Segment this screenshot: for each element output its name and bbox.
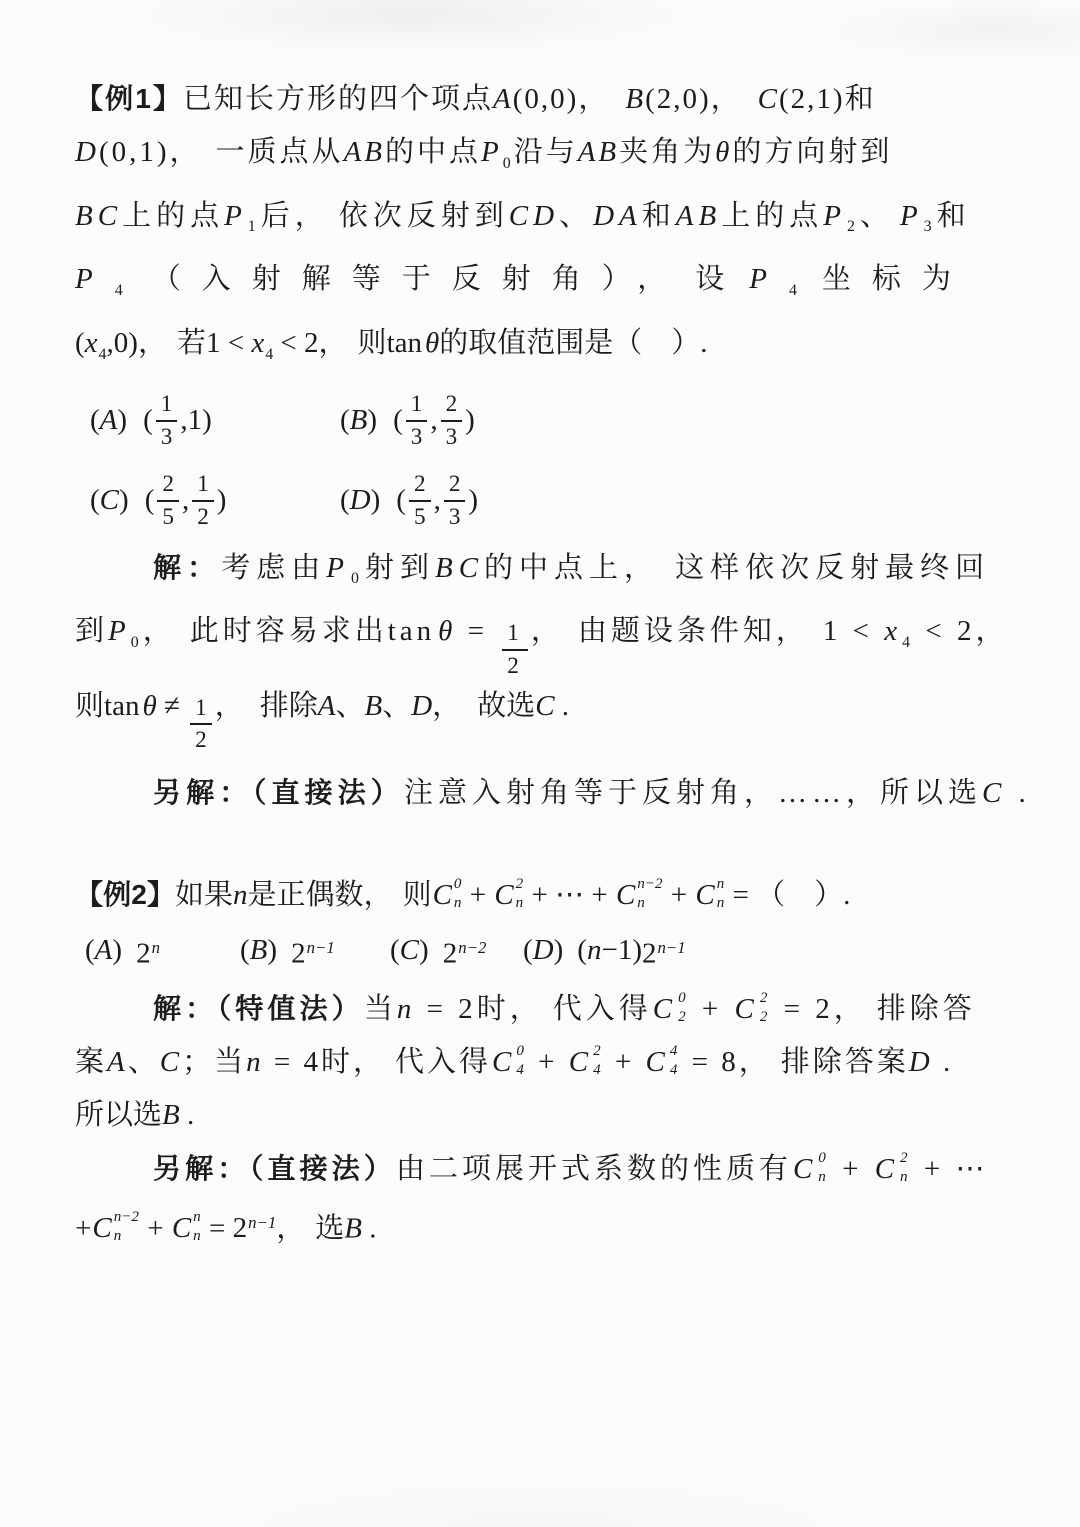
spacer <box>543 1017 553 1018</box>
binomial-coefficient: C22 <box>734 983 771 1036</box>
binomial-coefficient: C04 <box>492 1036 527 1089</box>
text-run: 当 <box>364 993 397 1025</box>
fraction: 13 <box>406 391 428 450</box>
text-run: A <box>493 83 513 115</box>
bold-label: 【例1】 <box>75 83 183 114</box>
example1-solution-line-2: 到P0，此时容易求出tanθ = 12，由题设条件知，1 < x4 < 2， <box>75 605 1018 679</box>
option-cell: (C)2n−2 <box>390 921 523 980</box>
spacer <box>348 351 358 352</box>
text-run: ) <box>267 924 277 977</box>
text-run: D <box>411 690 432 722</box>
bold-label: 另解：（直接法） <box>153 777 404 808</box>
document-content: 【例1】已知长方形的四个项点A(0,0)，B(2,0)，C(2,1)和D(0,1… <box>75 72 1018 1255</box>
text-run: B <box>625 83 645 115</box>
spacer <box>167 351 177 352</box>
spacer <box>305 1236 315 1237</box>
text-run: 案 <box>75 1046 107 1078</box>
text-run: −1) <box>601 924 642 977</box>
fraction: 25 <box>157 471 179 530</box>
text-run: C <box>982 777 1006 809</box>
text-run: 设 <box>695 263 745 295</box>
text-run: ) <box>468 474 478 527</box>
text-run: 、 <box>335 690 364 722</box>
example1-options-row-2: (C)(25,12)(D)(25,23) <box>75 461 1018 541</box>
text-run: (2,1) <box>779 83 845 115</box>
text-run: 排除答案 <box>781 1046 909 1078</box>
spacer <box>742 107 758 108</box>
text-run: A <box>107 1046 128 1078</box>
text-run: = 2 <box>415 993 476 1025</box>
math-superscript: 2n <box>136 921 160 980</box>
binomial-coefficient: Cn−2n <box>92 1202 139 1255</box>
spacer <box>867 1017 877 1018</box>
text-run: ， <box>276 1212 305 1244</box>
option-cell: (A)2n <box>85 921 240 980</box>
text-run: ) <box>112 924 122 977</box>
spacer <box>122 950 136 951</box>
text-run: n <box>246 1046 264 1078</box>
text-run: C <box>400 924 419 977</box>
text-run: B <box>344 1212 362 1244</box>
example2-solution-line-3: 所以选B . <box>75 1089 1018 1142</box>
text-run: 和 <box>642 200 676 232</box>
text-run: 和 <box>845 83 876 115</box>
text-run: 和 <box>937 200 971 232</box>
spacer <box>609 107 625 108</box>
text-run: ( <box>85 924 95 977</box>
text-run: 坐标为 <box>822 263 972 295</box>
binomial-coefficient: C0n <box>433 869 462 922</box>
text-run: ,0) <box>107 327 138 359</box>
text-run: ， <box>739 1046 771 1078</box>
text-run: 代入得 <box>395 1046 491 1078</box>
text-run: 注意入射角等于反射角，……，所以选 <box>404 777 982 809</box>
fraction: 13 <box>156 391 178 450</box>
text-run: ( <box>143 394 153 447</box>
text-run: ， <box>138 327 167 359</box>
example1-solution-line-1: 解：考虑由P0射到BC的中点上，这样依次反射最终回 <box>75 541 1018 606</box>
text-run: , <box>182 474 189 527</box>
text-run: ( <box>240 924 250 977</box>
spacer <box>687 287 695 288</box>
text-run: D <box>533 924 554 977</box>
text-run: 由二项展开式系数的性质有 <box>396 1153 792 1185</box>
spacer <box>144 287 152 288</box>
text-run: 选 <box>315 1212 344 1244</box>
math-subscript: P0 <box>481 136 514 168</box>
spacer <box>244 714 260 715</box>
spacer <box>461 714 477 715</box>
spacer <box>393 903 403 904</box>
text-run: ， <box>319 327 348 359</box>
text-run: 则 <box>358 327 387 359</box>
text-run: ) <box>117 394 127 447</box>
text-run: ( <box>75 327 85 359</box>
text-run: 1 < <box>206 327 251 359</box>
text-run: 若 <box>177 327 206 359</box>
text-run: ；当 <box>182 1046 246 1078</box>
spacer <box>385 1070 395 1071</box>
text-run: CD <box>509 200 559 232</box>
text-run: < 2 <box>273 327 318 359</box>
text-run: 如果 <box>175 879 233 911</box>
example1-alt-solution-line: 另解：（直接法）注意入射角等于反射角，……，所以选C . <box>75 766 1018 820</box>
text-run: B <box>162 1099 180 1131</box>
math-subscript: P3 <box>900 200 937 232</box>
text-run: + <box>664 879 695 911</box>
text-run: 上的点 <box>122 200 224 232</box>
binomial-coefficient: C2n <box>494 869 523 922</box>
text-run: n <box>397 993 416 1025</box>
text-run: 所以选 <box>75 1099 162 1131</box>
math-subscript: x4 <box>884 615 914 647</box>
text-run: ， <box>432 690 461 722</box>
binomial-coefficient: Cnn <box>695 869 724 922</box>
text-run: 是正偶数， <box>248 879 393 911</box>
text-run: (2,0) <box>645 83 711 115</box>
text-run: 的方向射到 <box>732 136 892 168</box>
text-run: 此时容易求出 <box>190 615 388 647</box>
text-run: 射到 <box>365 552 435 584</box>
text-run: ( <box>393 394 403 447</box>
text-run: = 2 <box>772 993 833 1025</box>
example1-line-1: 【例1】已知长方形的四个项点A(0,0)，B(2,0)，C(2,1)和 <box>75 72 1018 126</box>
text-run: 的取值范围是（ ）. <box>439 327 707 359</box>
text-run: = <box>456 615 499 647</box>
bold-label: 【例2】 <box>75 879 175 910</box>
text-run: ， <box>143 615 176 647</box>
text-run: C <box>535 690 554 722</box>
math-superscript: 2n−1 <box>233 1212 277 1244</box>
text-run: = 8 <box>681 1046 738 1078</box>
text-run: B <box>364 690 382 722</box>
text-run: D <box>909 1046 933 1078</box>
text-run: ， <box>578 83 609 115</box>
math-subscript: P4 <box>749 263 818 295</box>
text-run: + ⋯ <box>913 1153 989 1185</box>
text-run: (0,1) <box>99 136 170 168</box>
text-run: 、 <box>860 200 894 232</box>
text-run: A <box>95 924 113 977</box>
text-run: 这样依次反射最终回 <box>675 552 990 584</box>
spacer <box>809 639 823 640</box>
math-superscript: 2n−1 <box>291 921 335 980</box>
text-run: + <box>75 1212 91 1244</box>
text-run: tan <box>104 690 139 722</box>
text-run: ( <box>340 394 350 447</box>
binomial-coefficient: C24 <box>569 1036 604 1089</box>
text-run: ( <box>577 924 587 977</box>
text-run: 故选 <box>477 690 535 722</box>
binomial-coefficient: C0n <box>793 1143 830 1196</box>
text-run: A <box>100 394 118 447</box>
spacer <box>129 500 145 501</box>
text-run: 则 <box>75 690 104 722</box>
example2-alt-solution-line-2: +Cn−2n + Cnn = 2n−1，选B . <box>75 1196 1018 1255</box>
example2-alt-solution-line-1: 另解：（直接法）由二项展开式系数的性质有C0n + C2n + ⋯ <box>75 1142 1018 1196</box>
example2-options-row: (A)2n(B)2n−1(C)2n−2(D)(n−1)2n−1 <box>75 922 1018 978</box>
math-subscript: P1 <box>224 200 261 232</box>
spacer <box>277 950 291 951</box>
option-cell: (D)(n−1)2n−1 <box>523 921 686 980</box>
text-run: 上的点 <box>721 200 823 232</box>
text-run: C <box>160 1046 182 1078</box>
text-run: A <box>318 690 336 722</box>
text-run: DA <box>593 200 642 232</box>
fraction: 12 <box>190 695 212 754</box>
text-run: = <box>725 879 756 911</box>
text-run: + <box>462 879 493 911</box>
text-run: + <box>691 993 734 1025</box>
fraction: 12 <box>192 471 214 530</box>
text-run: AB <box>676 200 721 232</box>
text-run: 沿与 <box>514 136 578 168</box>
binomial-coefficient: C2n <box>875 1143 912 1196</box>
text-run: tan <box>387 327 422 359</box>
spacer <box>329 224 339 225</box>
text-run: 时， <box>321 1046 385 1078</box>
text-run: , <box>430 394 437 447</box>
option-cell: (A)(13,1) <box>90 391 340 450</box>
text-run: ( <box>390 924 400 977</box>
option-cell: (D)(25,23) <box>340 471 478 530</box>
text-run: , <box>434 474 441 527</box>
text-run: 依次反射到 <box>339 200 509 232</box>
text-run: （ ）. <box>756 879 850 911</box>
text-run: AB <box>578 136 619 168</box>
spacer <box>377 420 393 421</box>
text-run: 的中点上， <box>484 552 659 584</box>
text-run: 1 < <box>823 615 884 647</box>
text-run: + <box>528 1046 568 1078</box>
text-run: . <box>362 1212 377 1244</box>
text-run: C <box>758 83 779 115</box>
text-run: 、 <box>128 1046 160 1078</box>
text-run: 则 <box>403 879 432 911</box>
text-run: ) <box>119 474 129 527</box>
text-run: 的中点 <box>385 136 481 168</box>
example2-solution-line-2: 案A、C；当n = 4时，代入得C04 + C24 + C44 = 8，排除答案… <box>75 1036 1018 1089</box>
text-run: ( <box>90 394 100 447</box>
text-run: ) <box>554 924 564 977</box>
text-run: tan <box>388 615 435 647</box>
text-run: BC <box>75 200 122 232</box>
fraction: 23 <box>444 471 466 530</box>
text-run: = 4 <box>264 1046 321 1078</box>
text-run: 时， <box>477 993 543 1025</box>
bold-label: 解： <box>153 552 221 583</box>
binomial-coefficient: Cn−2n <box>616 869 663 922</box>
text-run: B <box>350 394 368 447</box>
text-run: ( <box>145 474 155 527</box>
text-run: ) <box>217 474 227 527</box>
text-run: + <box>831 1153 874 1185</box>
text-run: ， <box>531 615 564 647</box>
spacer <box>380 500 396 501</box>
text-run: C <box>100 474 119 527</box>
spacer <box>176 639 190 640</box>
text-run: + ⋯ + <box>524 879 615 911</box>
text-run: ,1) <box>180 394 211 447</box>
binomial-coefficient: Cnn <box>172 1202 201 1255</box>
text-run: ， <box>215 690 244 722</box>
text-run: ( <box>523 924 533 977</box>
binomial-coefficient: C44 <box>646 1036 681 1089</box>
text-run: θ <box>438 615 456 647</box>
text-run: ( <box>396 474 406 527</box>
text-run: θ <box>142 690 156 722</box>
text-run: D <box>350 474 371 527</box>
math-subscript: P0 <box>326 552 365 584</box>
text-run: 代入得 <box>553 993 652 1025</box>
text-run: D <box>75 136 99 168</box>
example1-line-3: BC上的点P1后，依次反射到CD、DA和AB上的点P2、P3和 <box>75 190 1018 254</box>
text-run: 夹角为 <box>619 136 715 168</box>
text-run: 、 <box>559 200 593 232</box>
text-run: 由题设条件知， <box>578 615 809 647</box>
fraction: 25 <box>409 471 431 530</box>
spacer <box>771 1070 781 1071</box>
math-subscript: P0 <box>108 615 143 647</box>
text-run: . <box>1006 777 1031 809</box>
math-subscript: x4 <box>85 327 107 359</box>
example1-solution-line-3: 则tanθ ≠ 12，排除A、B、D，故选C . <box>75 680 1018 754</box>
text-run: θ <box>425 327 439 359</box>
option-cell: (C)(25,12) <box>90 471 340 530</box>
spacer <box>202 160 216 161</box>
text-run: B <box>250 924 268 977</box>
fraction: 12 <box>502 620 528 679</box>
spacer <box>429 950 443 951</box>
example2-title-line: 【例2】如果n是正偶数，则C0n + C2n + ⋯ + Cn−2n + Cnn… <box>75 868 1018 922</box>
example2-solution-line-1: 解：（特值法）当n = 2时，代入得C02 + C22 = 2，排除答 <box>75 982 1018 1036</box>
document-page: 【例1】已知长方形的四个项点A(0,0)，B(2,0)，C(2,1)和D(0,1… <box>0 0 1080 1527</box>
text-run: ， <box>711 83 742 115</box>
text-run: ) <box>465 394 475 447</box>
text-run: = <box>202 1212 233 1244</box>
math-subscript: x4 <box>251 327 273 359</box>
text-run: ， <box>170 136 202 168</box>
text-run: AB <box>344 136 385 168</box>
text-run: 排除答 <box>877 993 976 1025</box>
text-run: 到 <box>75 615 108 647</box>
text-run: (0,0) <box>513 83 579 115</box>
text-run: . <box>180 1099 195 1131</box>
example1-line-4: P4（入射解等于反射角），设P4坐标为 <box>75 253 1018 317</box>
math-superscript: 2n−2 <box>443 921 487 980</box>
text-run: ， <box>975 615 1008 647</box>
text-run: 、 <box>382 690 411 722</box>
text-run: θ <box>715 136 732 168</box>
text-run: 后， <box>261 200 329 232</box>
example1-line-2: D(0,1)，一质点从AB的中点P0沿与AB夹角为θ的方向射到 <box>75 126 1018 190</box>
text-run: n <box>233 879 248 911</box>
text-run: n <box>587 924 602 977</box>
text-run: ( <box>340 474 350 527</box>
bold-label: 另解：（直接法） <box>153 1153 396 1184</box>
spacer <box>659 576 675 577</box>
text-run: 一质点从 <box>216 136 344 168</box>
text-run: ) <box>419 924 429 977</box>
math-superscript: 2n−1 <box>642 921 686 980</box>
math-subscript: P4 <box>75 263 144 295</box>
text-run: ≠ <box>157 690 187 722</box>
text-run: 考虑由 <box>221 552 326 584</box>
spacer <box>127 420 143 421</box>
spacer <box>563 950 577 951</box>
fraction: 23 <box>441 391 463 450</box>
text-run: ) <box>367 394 377 447</box>
option-cell: (B)(13,23) <box>340 391 475 450</box>
math-subscript: P2 <box>823 200 860 232</box>
option-cell: (B)2n−1 <box>240 921 390 980</box>
text-run: ) <box>371 474 381 527</box>
text-run: . <box>555 690 570 722</box>
example1-options-row-1: (A)(13,1)(B)(13,23) <box>75 381 1018 461</box>
example1-line-5: (x4,0)，若1 < x4 < 2，则tanθ的取值范围是（ ）. <box>75 317 1018 381</box>
binomial-coefficient: C02 <box>653 983 690 1036</box>
spacer <box>564 639 578 640</box>
text-run: . <box>933 1046 954 1078</box>
bold-label: 解：（特值法） <box>153 993 364 1024</box>
text-run: 已知长方形的四个项点 <box>183 83 493 115</box>
text-run: 排除 <box>260 690 318 722</box>
text-run: + <box>605 1046 645 1078</box>
text-run: < 2 <box>914 615 975 647</box>
text-run: + <box>140 1212 171 1244</box>
text-run: ( <box>90 474 100 527</box>
text-run: （入射解等于反射角）， <box>152 263 688 295</box>
text-run: BC <box>435 552 484 584</box>
text-run: ， <box>834 993 867 1025</box>
